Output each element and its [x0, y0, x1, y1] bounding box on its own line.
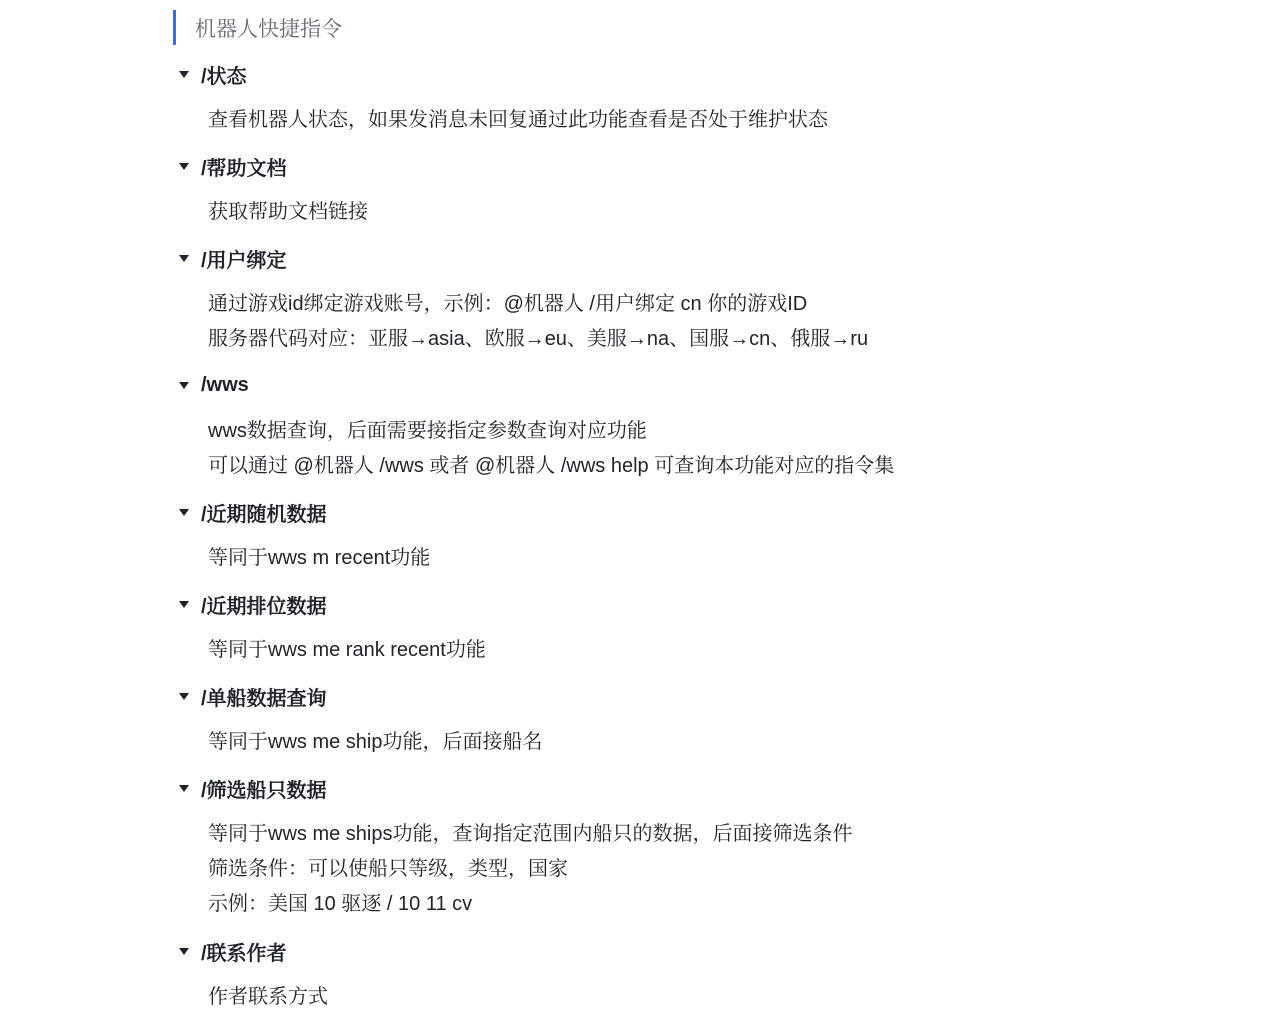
section-ships-filter: /筛选船只数据 等同于wws me ships功能，查询指定范围内船只的数据，后…	[176, 773, 852, 922]
command-description: 等同于wws m recent功能	[208, 541, 430, 576]
command-description: 服务器代码对应：亚服→asia、欧服→eu、美服→na、国服→cn、俄服→ru	[208, 322, 868, 357]
section-recent-random: /近期随机数据 等同于wws m recent功能	[176, 497, 430, 576]
command-description: 可以通过 @机器人 /wws 或者 @机器人 /wws help 可查询本功能对…	[208, 449, 894, 484]
caret-down-icon[interactable]	[179, 255, 189, 262]
section-heading[interactable]: /筛选船只数据	[176, 773, 852, 803]
command-description: 查看机器人状态，如果发消息未回复通过此功能查看是否处于维护状态	[208, 103, 828, 138]
caret-down-icon[interactable]	[179, 509, 189, 516]
section-help-doc: /帮助文档 获取帮助文档链接	[176, 151, 368, 230]
page-title: 机器人快捷指令	[195, 13, 342, 43]
section-heading[interactable]: /近期随机数据	[176, 497, 430, 527]
caret-down-icon[interactable]	[179, 382, 189, 389]
page-title-block: 机器人快捷指令	[173, 10, 342, 45]
command-description: 等同于wws me rank recent功能	[208, 633, 486, 668]
command-name: /wws	[201, 374, 249, 397]
section-ship-query: /单船数据查询 等同于wws me ship功能，后面接船名	[176, 681, 542, 760]
section-heading[interactable]: /单船数据查询	[176, 681, 542, 711]
section-user-bind: /用户绑定 通过游戏id绑定游戏账号，示例：@机器人 /用户绑定 cn 你的游戏…	[176, 243, 868, 357]
caret-down-icon[interactable]	[179, 948, 189, 955]
section-heading[interactable]: /帮助文档	[176, 151, 368, 181]
caret-down-icon[interactable]	[179, 601, 189, 608]
command-description: 获取帮助文档链接	[208, 195, 368, 230]
section-heading[interactable]: /用户绑定	[176, 243, 868, 273]
command-name: /筛选船只数据	[201, 774, 327, 803]
command-description: 等同于wws me ship功能，后面接船名	[208, 725, 542, 760]
command-name: /帮助文档	[201, 152, 287, 181]
section-status: /状态 查看机器人状态，如果发消息未回复通过此功能查看是否处于维护状态	[176, 59, 828, 138]
command-name: /近期随机数据	[201, 498, 327, 527]
command-name: /近期排位数据	[201, 590, 327, 619]
command-description: 筛选条件：可以使船只等级，类型，国家	[208, 852, 852, 887]
caret-down-icon[interactable]	[179, 785, 189, 792]
command-description: 通过游戏id绑定游戏账号，示例：@机器人 /用户绑定 cn 你的游戏ID	[208, 287, 868, 322]
section-contact-author: /联系作者 作者联系方式	[176, 936, 328, 1015]
section-heading[interactable]: /状态	[176, 59, 828, 89]
caret-down-icon[interactable]	[179, 163, 189, 170]
section-recent-rank: /近期排位数据 等同于wws me rank recent功能	[176, 589, 486, 668]
command-description: 作者联系方式	[208, 980, 328, 1015]
command-name: /用户绑定	[201, 244, 287, 273]
section-heading[interactable]: /wws	[176, 370, 894, 400]
section-heading[interactable]: /联系作者	[176, 936, 328, 966]
command-description: 示例：美国 10 驱逐 / 10 11 cv	[208, 887, 852, 922]
caret-down-icon[interactable]	[179, 693, 189, 700]
command-name: /状态	[201, 60, 247, 89]
command-description: 等同于wws me ships功能，查询指定范围内船只的数据，后面接筛选条件	[208, 817, 852, 852]
command-name: /单船数据查询	[201, 682, 327, 711]
section-wws: /wws wws数据查询，后面需要接指定参数查询对应功能 可以通过 @机器人 /…	[176, 370, 894, 484]
section-heading[interactable]: /近期排位数据	[176, 589, 486, 619]
caret-down-icon[interactable]	[179, 71, 189, 78]
command-name: /联系作者	[201, 937, 287, 966]
command-description: wws数据查询，后面需要接指定参数查询对应功能	[208, 414, 894, 449]
